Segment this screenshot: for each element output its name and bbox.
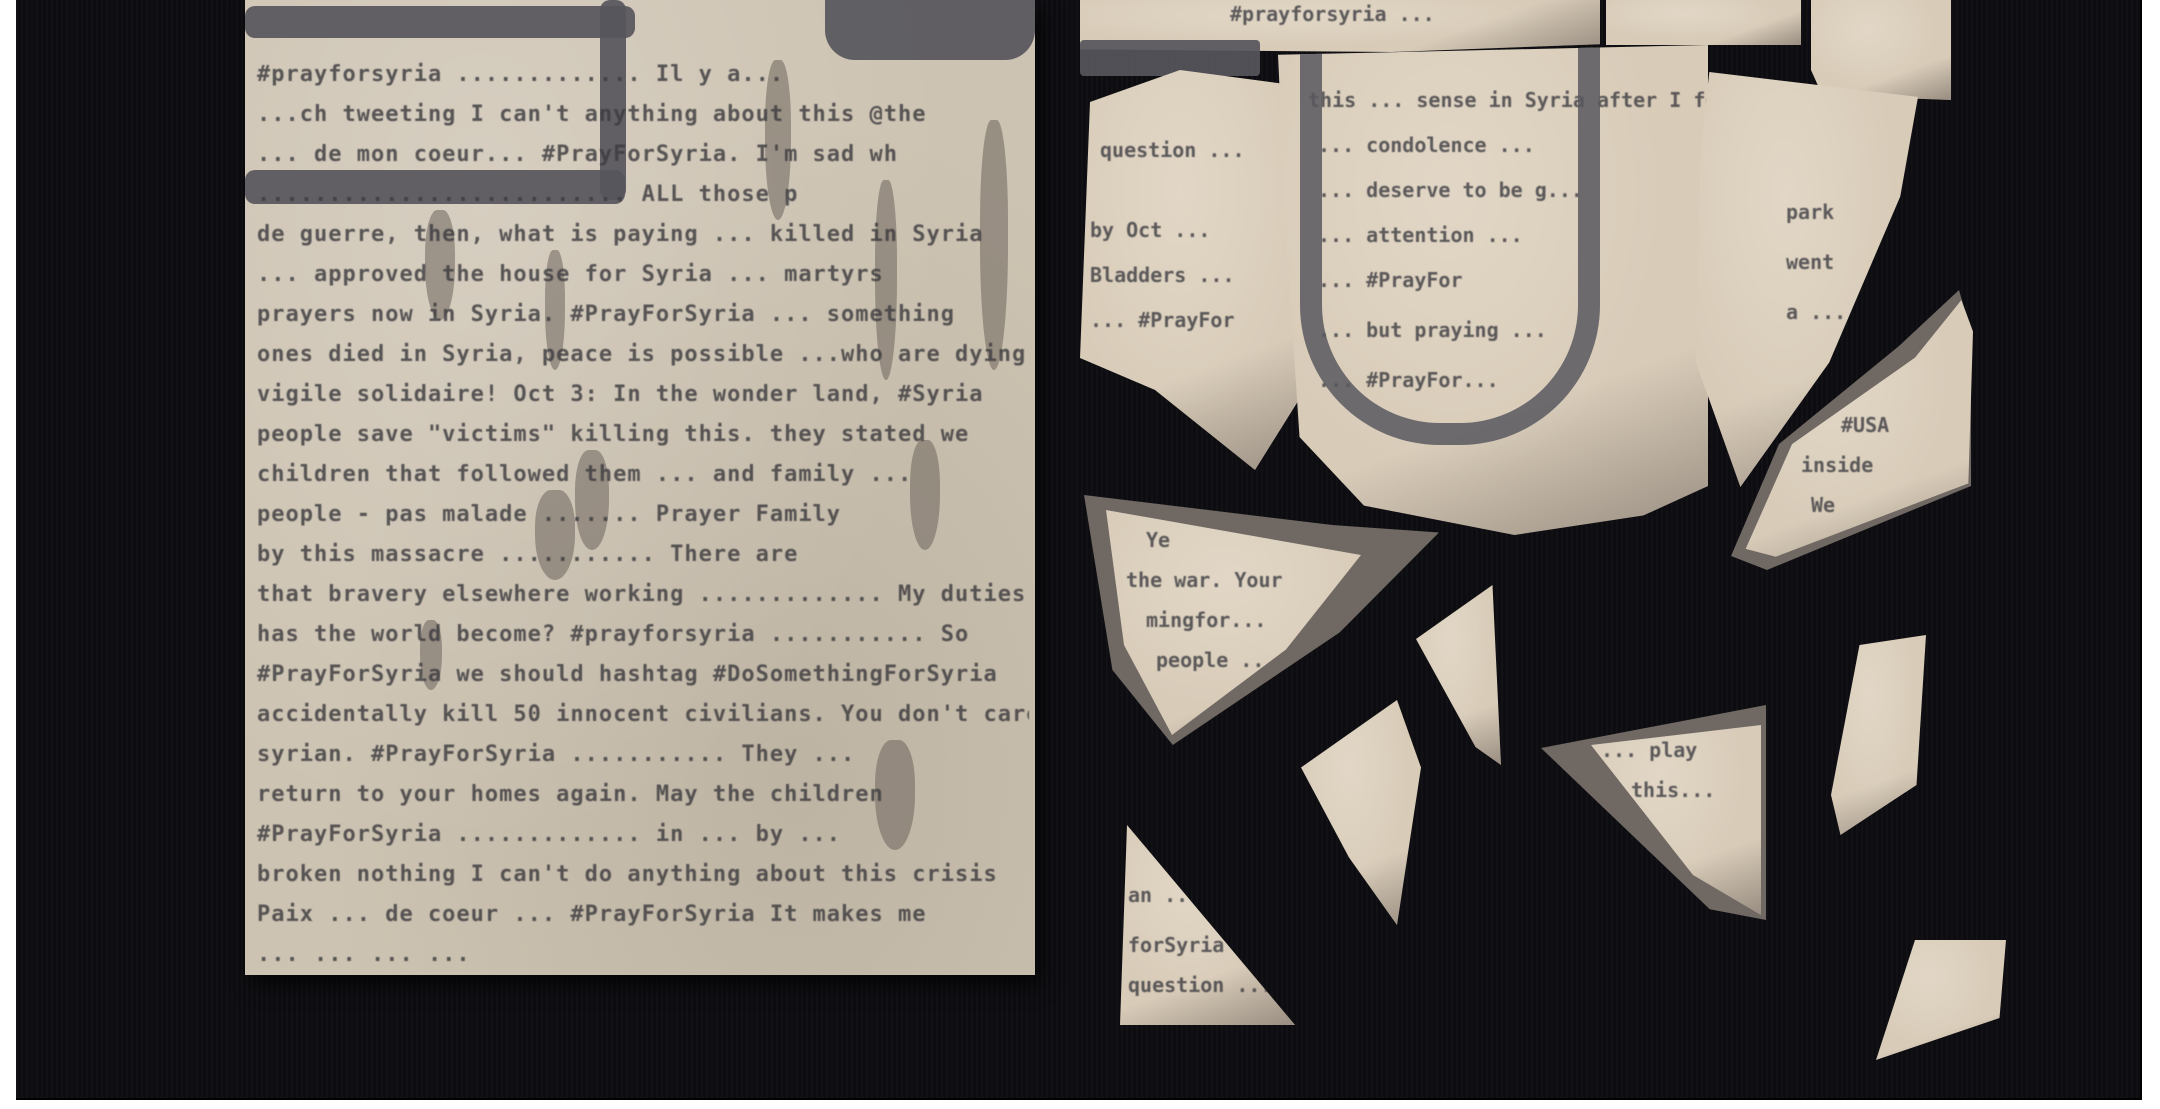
typed-line: ... approved the house for Syria ... mar… (257, 255, 1029, 295)
fragment-text: a ... (1786, 292, 1846, 332)
typed-line: ones died in Syria, peace is possible ..… (257, 335, 1029, 375)
typed-line: by this massacre ........... There are (257, 535, 1029, 575)
fragment-text: the war. Your (1126, 560, 1283, 600)
fragment-text: question ... (1100, 130, 1245, 170)
fragment-text: forSyria (1128, 925, 1224, 965)
typed-line: ... de mon coeur... #PrayForSyria. I'm s… (257, 135, 1029, 175)
fragment-text: mingfor... (1146, 600, 1266, 640)
fragment-small-1 (1416, 585, 1501, 765)
artwork-photo: #prayforsyria ............. Il y a... ..… (16, 0, 2142, 1100)
typed-line: broken nothing I can't do anything about… (257, 855, 1029, 895)
typed-line: people save "victims" killing this. they… (257, 415, 1029, 455)
typed-line: Paix ... de coeur ... #PrayForSyria It m… (257, 895, 1029, 935)
typed-line: has the world become? #prayforsyria ....… (257, 615, 1029, 655)
paint-stroke-fragment (1080, 40, 1260, 76)
fragment-text: went (1786, 242, 1834, 282)
typed-line: syrian. #PrayForSyria ........... They .… (257, 735, 1029, 775)
paint-blob-top-right (825, 0, 1035, 60)
fragment-right-bottom (1876, 940, 2006, 1060)
typed-line: #PrayForSyria we should hashtag #DoSomet… (257, 655, 1029, 695)
typed-line: prayers now in Syria. #PrayForSyria ... … (257, 295, 1029, 335)
fragment-text: ... #PrayFor (1090, 300, 1235, 340)
typed-line: accidentally kill 50 innocent civilians.… (257, 695, 1029, 735)
typed-line: .......................... ALL those p (257, 175, 1029, 215)
typed-line: return to your homes again. May the chil… (257, 775, 1029, 815)
fragment-small-2 (1301, 700, 1421, 925)
typed-line: people - pas malade ....... Prayer Famil… (257, 495, 1029, 535)
typed-line: that bravery elsewhere working .........… (257, 575, 1029, 615)
fragment-text: #prayforsyria ... (1230, 0, 1435, 34)
fragment-text: park (1786, 192, 1834, 232)
paint-u-shape (1300, 45, 1600, 445)
fragment-right-small (1831, 635, 1926, 835)
fragment-text: Ye (1146, 520, 1170, 560)
typed-line: children that followed them ... and fami… (257, 455, 1029, 495)
typed-line: #prayforsyria ............. Il y a... (257, 55, 1029, 95)
fragment-top-right (1606, 0, 1801, 45)
typed-lines: #prayforsyria ............. Il y a... ..… (257, 55, 1029, 975)
fragment-bottom-left-triangle: an ... forSyria question ... (1120, 825, 1295, 1025)
typed-line: vigile solidaire! Oct 3: In the wonder l… (257, 375, 1029, 415)
paint-stroke-top (245, 6, 635, 38)
fragment-text: question ... (1128, 965, 1273, 1005)
fragment-text: We (1811, 485, 1835, 525)
fragment-text: inside (1801, 445, 1873, 485)
fragment-text: this... (1631, 770, 1715, 810)
fragment-text: by Oct ... (1090, 210, 1210, 250)
typed-line: de guerre, then, what is paying ... kill… (257, 215, 1029, 255)
fragment-text: Bladders ... (1090, 255, 1235, 295)
fragment-top-far-right (1811, 0, 1951, 100)
typed-line: ... ... ... ... (257, 935, 1029, 975)
fragment-text: an ... (1128, 875, 1200, 915)
typed-line: ...ch tweeting I can't anything about th… (257, 95, 1029, 135)
typed-line: #PrayForSyria ............. in ... by ..… (257, 815, 1029, 855)
typed-text-slab: #prayforsyria ............. Il y a... ..… (245, 0, 1035, 975)
fragment-center-large: this ... sense in Syria after I feel ...… (1278, 45, 1708, 535)
fragment-text: #USA (1841, 405, 1889, 445)
